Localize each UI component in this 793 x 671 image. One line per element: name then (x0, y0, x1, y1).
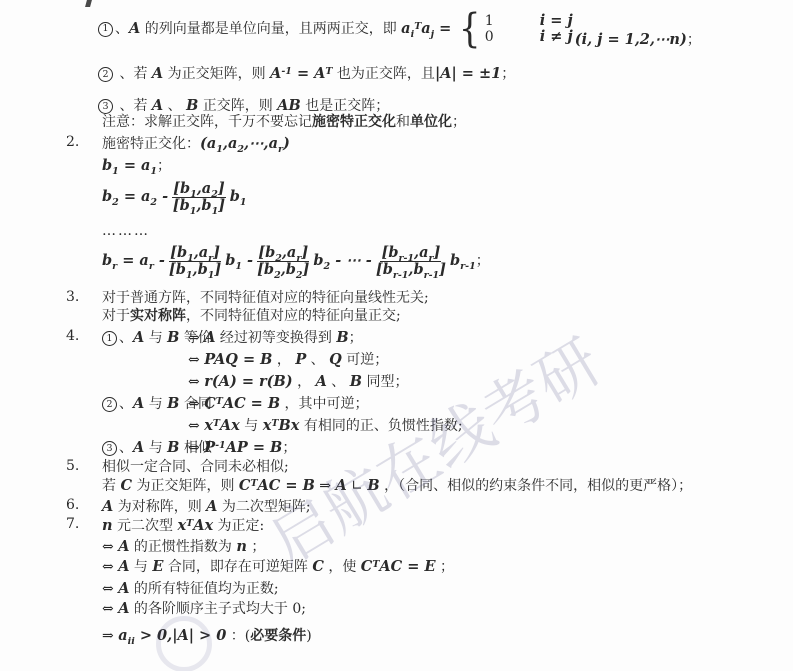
top-cut-text-artifact (85, 0, 92, 7)
circled-number-3: 3 (102, 441, 117, 456)
item-7-cond-1: ⇔ A 的正惯性指数为 n ； (102, 537, 265, 557)
fraction-numerator: [b1,ar] (169, 245, 221, 262)
fraction: [b1,ar] [b1,b1] (169, 245, 221, 278)
row-label: 3、A 与 B 相似 (102, 438, 188, 458)
case-value-top: 1 (485, 13, 494, 29)
item-1-sub-2: 2 、若 A 为正交矩阵，则 A-1 = AT 也为正交阵，且|A| = ±1； (98, 64, 515, 84)
case-cond-top: i = j (540, 13, 573, 29)
item-5-number: 5. (66, 458, 79, 474)
row-clause: ⇔ A 经过初等变换得到 B； (188, 330, 363, 346)
circled-number-1: 1 (102, 331, 117, 346)
row-clause: ⇔ P-1AP = B； (188, 440, 296, 456)
circled-number-3: 3 (98, 99, 113, 114)
case-value-bottom: 0 (485, 29, 494, 45)
item-7-heading: n 元二次型 xTAx 为正定: (102, 516, 264, 536)
item-7-cond-3: ⇔ A 的所有特征值均为正数; (102, 579, 279, 599)
item-1-sub-1-text: 、A 的列向量都是单位向量，且两两正交，即 aiTaj = (115, 19, 451, 39)
formula-b1: b1 = a1； (102, 156, 171, 176)
item-4-row-5: ⇔ xTAx 与 xTBx 有相同的正、负惯性指数; (188, 416, 463, 436)
item-5-line-2: 若 C 为正交矩阵，则 CTAC = B ⇒ A ∟ B ，（合同、相似的约束条… (102, 476, 692, 496)
row-label: 1、A 与 B 等价 (102, 328, 188, 348)
fraction-denominator: [br-1,br-1] (376, 262, 446, 278)
formula-br-mid1: b1 - (225, 251, 253, 271)
circled-number-1: 1 (98, 22, 113, 37)
formula-b2: b2 = a2 - [b1,a2] [b1,b1] b1 (102, 178, 246, 216)
document-page: 1 、A 的列向量都是单位向量，且两两正交，即 aiTaj = { 1 0 i … (0, 0, 793, 671)
cases-conditions: i = j i ≠ j (540, 13, 573, 45)
formula-b2-tail: b1 (230, 187, 247, 207)
fraction-denominator: [b1,b1] (169, 262, 221, 278)
item-4-row-1: 1、A 与 B 等价⇔ A 经过初等变换得到 B； (102, 328, 363, 348)
fraction-numerator: [b1,a2] (172, 181, 226, 198)
item-2-heading: 施密特正交化：(a1,a2,⋯,ar) (102, 134, 290, 154)
formula-br: br = ar - [b1,ar] [b1,b1] b1 - [b2,ar] [… (102, 240, 490, 282)
fraction-numerator: [br-1,ar] (380, 245, 441, 262)
item-4-row-3: ⇔ r(A) = r(B) ， A 、 B 同型； (188, 372, 408, 392)
fraction: [b2,ar] [b2,b2] (257, 245, 309, 278)
item-4-row-2: ⇔ PAQ = B ， P 、 Q 可逆； (188, 350, 388, 370)
fraction: [b1,a2] [b1,b1] (172, 181, 226, 214)
item-4-number: 4. (66, 328, 79, 344)
fraction-denominator: [b1,b1] (173, 198, 225, 214)
item-7-cond-4: ⇔ A 的各阶顺序主子式均大于 0; (102, 599, 306, 619)
item-7-number: 7. (66, 516, 79, 532)
ellipsis-line: ……… (102, 222, 150, 241)
item-5-line-1: 相似一定合同、合同未必相似; (102, 458, 289, 477)
item-2-number: 2. (66, 134, 79, 150)
fraction-numerator: [b2,ar] (257, 245, 309, 262)
item-6-number: 6. (66, 497, 79, 513)
formula-br-mid2: b2 - ⋯ - (313, 251, 371, 271)
item-7-cond-2: ⇔ A 与 E 合同，即存在可逆矩阵 C ，使 CTAC = E ； (102, 557, 454, 577)
row-label: 2、A 与 B 合同 (102, 394, 188, 414)
formula-b2-head: b2 = a2 - (102, 187, 168, 207)
circled-number-2: 2 (98, 67, 113, 82)
watermark-ring (156, 616, 212, 671)
item-3-line-2: 对于实对称阵，不同特征值对应的特征向量正交; (102, 307, 401, 326)
item-4-row-6: 3、A 与 B 相似⇔ P-1AP = B； (102, 438, 296, 458)
item-3-line-1: 对于普通方阵，不同特征值对应的特征向量线性无关; (102, 289, 429, 308)
item-3-number: 3. (66, 289, 79, 305)
fraction-denominator: [b2,b2] (257, 262, 309, 278)
formula-br-head: br = ar - (102, 251, 165, 271)
cases-values: 1 0 (485, 13, 494, 45)
item-1-sub-1: 1 、A 的列向量都是单位向量，且两两正交，即 aiTaj = { 1 0 i … (98, 6, 701, 52)
item-1-sub-3-text: 、若 A 、 B 正交阵，则 AB 也是正交阵； (119, 98, 389, 114)
row-clause: ⇔ CTAC = B ，其中可逆； (188, 396, 369, 412)
formula-br-tail: br-1； (450, 251, 490, 271)
item-1-sub-2-text: 、若 A 为正交矩阵，则 A-1 = AT 也为正交阵，且|A| = ±1； (119, 66, 515, 82)
note-line: 注意：求解正交阵，千万不要忘记施密特正交化和单位化； (102, 113, 466, 132)
cases-brace: { (459, 9, 481, 49)
item-6-line-1: A 为对称阵，则 A 为二次型矩阵; (102, 497, 311, 517)
fraction: [br-1,ar] [br-1,br-1] (376, 245, 446, 278)
circled-number-2: 2 (102, 397, 117, 412)
case-cond-bottom: i ≠ j (540, 29, 573, 45)
item-4-row-4: 2、A 与 B 合同⇔ CTAC = B ，其中可逆； (102, 394, 369, 414)
cases-domain: (i, j = 1,2,⋯n)； (575, 30, 701, 52)
